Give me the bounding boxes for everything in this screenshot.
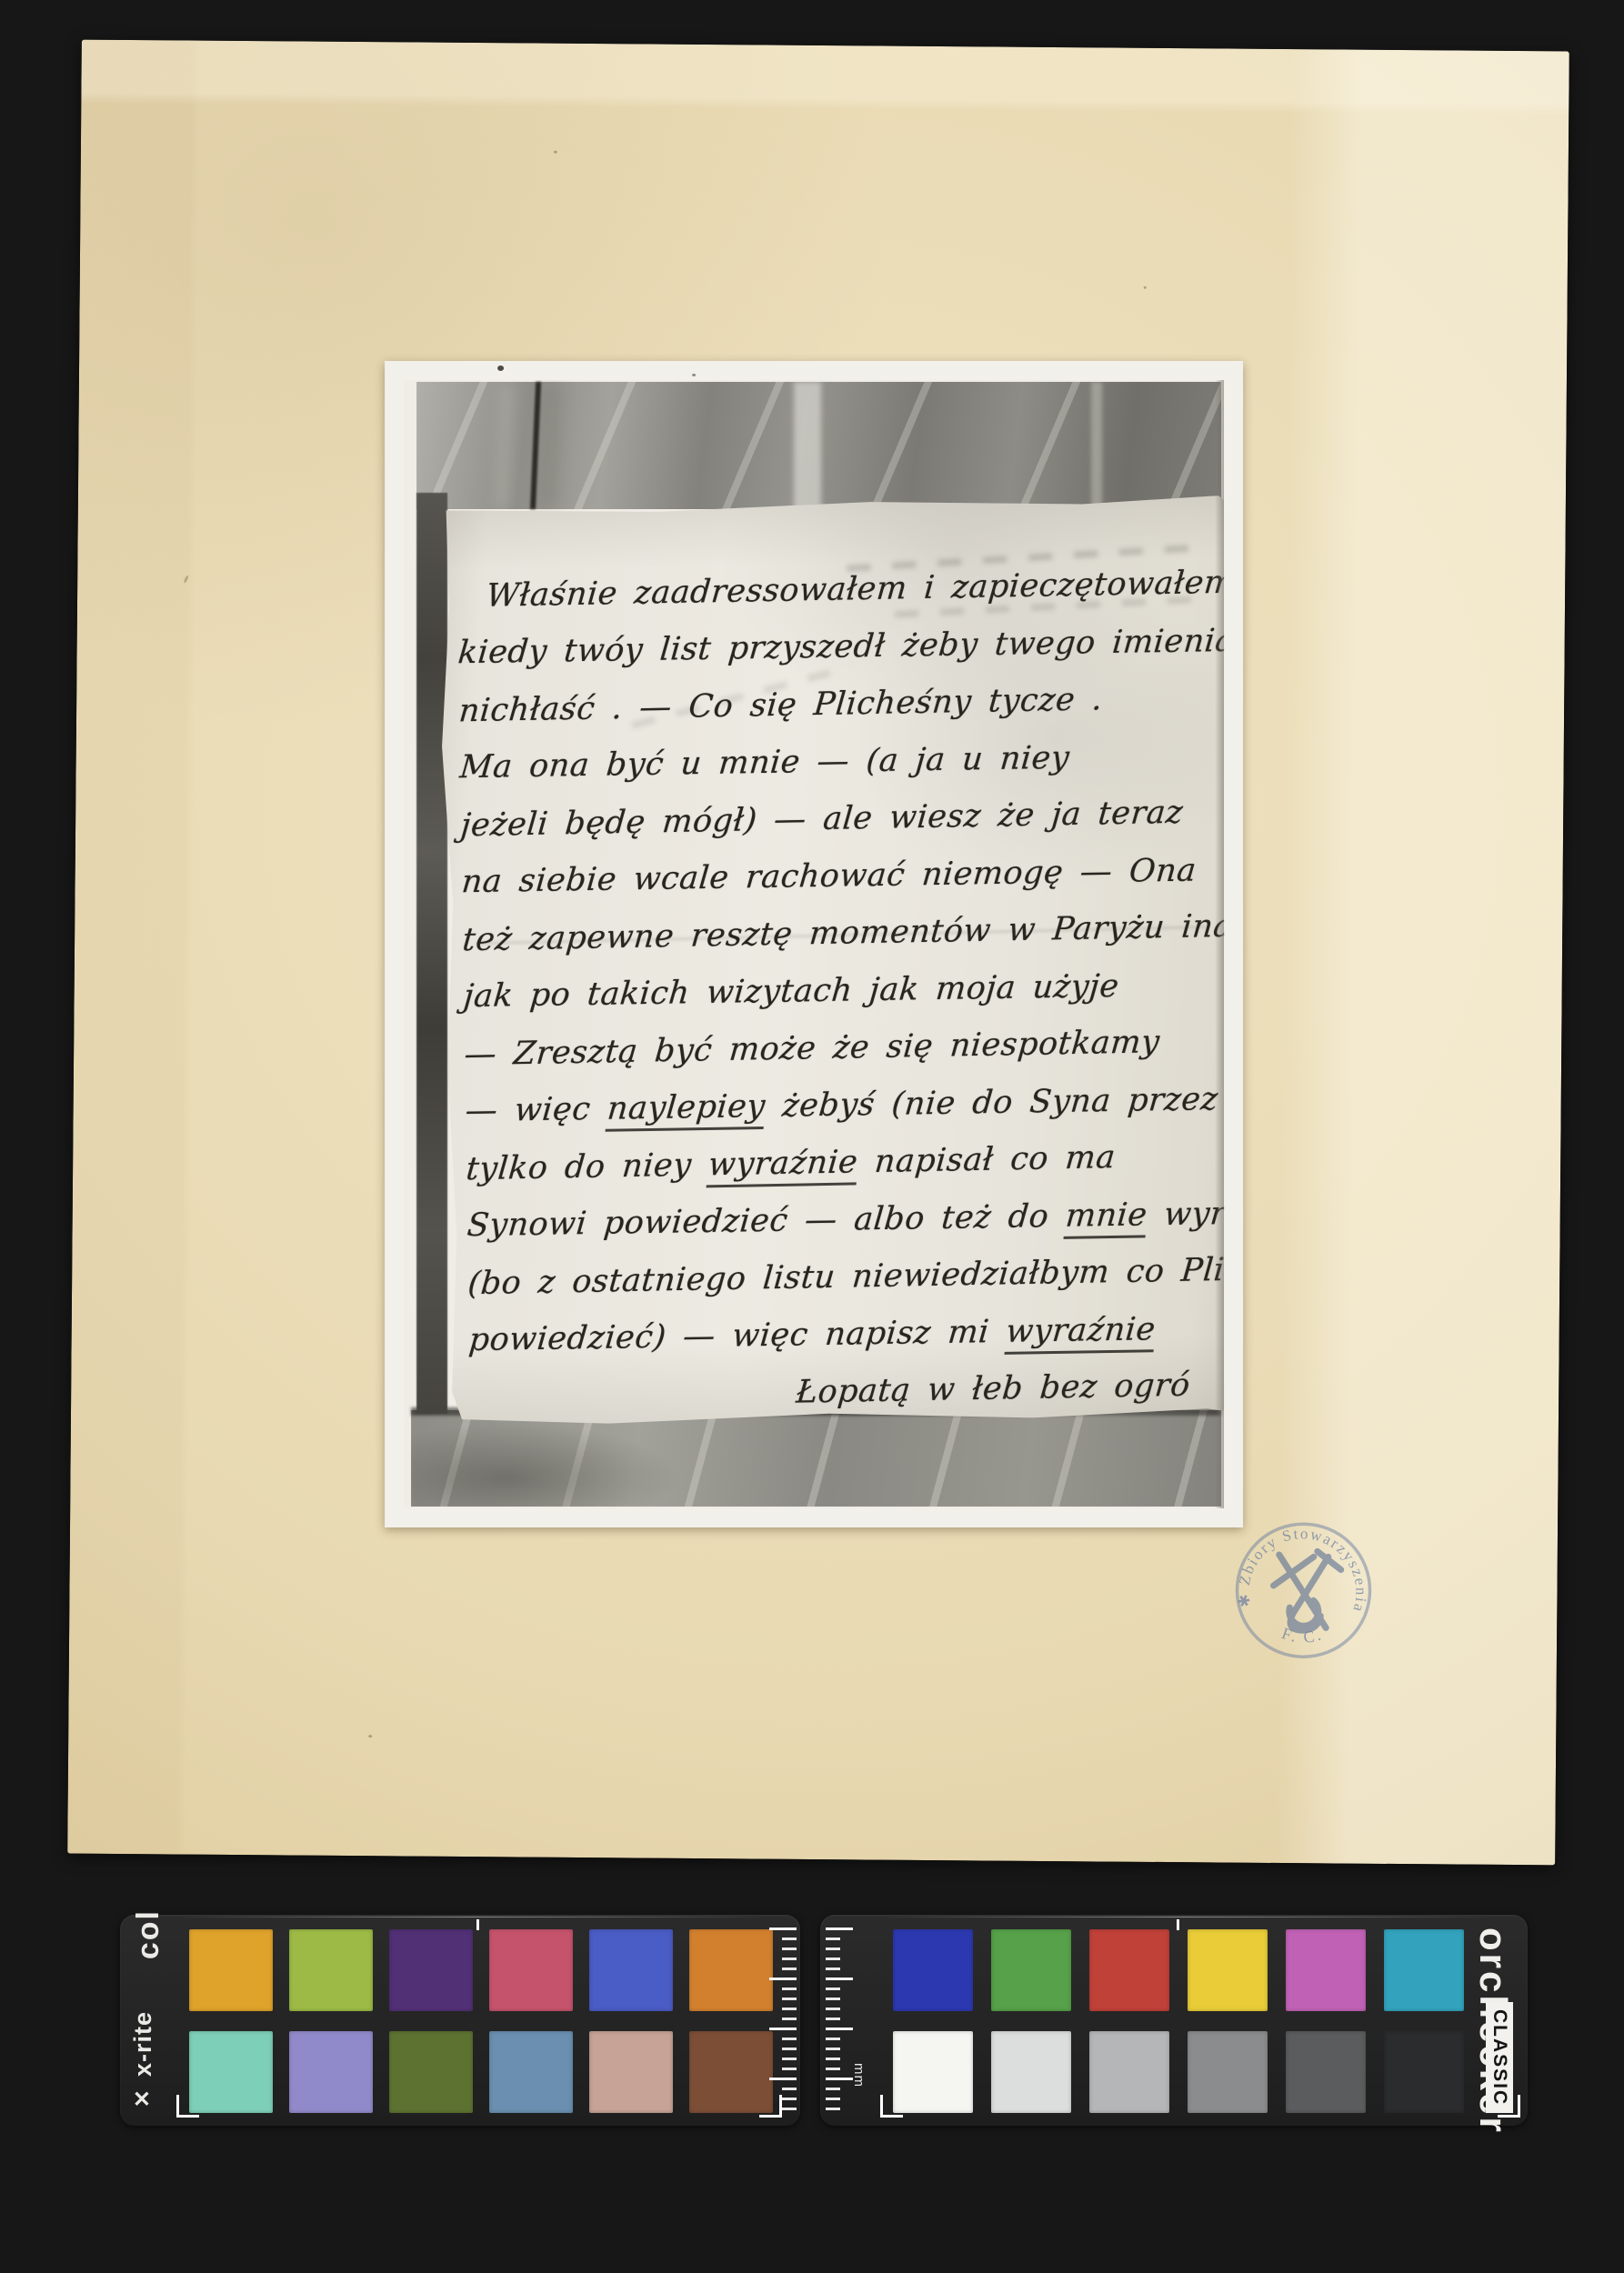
patch-purple [389,1929,473,2011]
patch-magenta [1286,1929,1366,2011]
letter-text-segment: napisał co ma [857,1139,1118,1180]
letter-text-segment: powiedzieć) — więc napisz mi [467,1314,1007,1358]
letter-sheet: Właśnie zaadressowałem i zapieczętowałem… [436,495,1224,1428]
colorchecker-left-strip: col ✕ x-rite [120,1915,800,2126]
underlined-word: mnie [1064,1197,1149,1238]
paper-highlight [1091,382,1102,509]
patch-grid [189,1929,773,2113]
letter-text-segment: żebyś (nie do Syna przez nię [764,1080,1224,1125]
x-rite-logo-icon: ✕ [130,2085,155,2117]
crumpled-backing-bottom [411,1410,1221,1507]
underlined-word: naylepiey [606,1088,767,1132]
patch-neutral-5 [1188,2031,1268,2113]
mat-board: Właśnie zaadressowałem i zapieczętowałem… [67,40,1569,1866]
collection-stamp: ✱ Zbiory Stowarzyszenia I. F. C. ✱ [1231,1518,1376,1663]
crumpled-backing-top [416,382,1221,509]
registration-tick [476,1919,479,1930]
ruler-unit-label: mm [851,2063,867,2088]
patch-foliage [389,2031,473,2113]
paper-highlight [794,382,821,509]
underlined-word: wyraźnie [1004,1311,1157,1355]
registration-corner-mark [176,2095,199,2118]
x-rite-brand: ✕ x-rite [129,2011,157,2117]
registration-corner-mark [759,2095,782,2118]
frame-edge-shadow [1215,380,1224,1508]
letter-text-segment: Właśnie zaadressowałem i zapieczętowałem [485,565,1224,615]
dust-speck [554,151,557,154]
patch-blue-sky [489,2031,573,2113]
patch-yellow [1188,1929,1268,2011]
patch-orange [689,1929,773,2011]
patch-purplish-blue [589,1929,673,2011]
torn-edge-shadow [416,493,447,1414]
colorchecker-edge-label: col [131,1909,166,1959]
registration-corner-mark [880,2095,903,2118]
letter-text-segment: wyra [1146,1196,1224,1234]
colorchecker-right-strip: mm orchecker CLASSIC [820,1915,1528,2126]
patch-red [1089,1929,1169,2011]
underlined-word: wyraźnie [707,1144,859,1187]
scanned-archive-photo: Właśnie zaadressowałem i zapieczętowałem… [0,0,1624,2273]
patch-orange-yellow [189,1929,273,2011]
patch-yellow-green [289,1929,373,2011]
mm-ruler [766,1928,797,2113]
x-rite-brand-label: x-rite [129,2011,156,2077]
dust-speck [1144,286,1147,289]
patch-grid [893,1929,1464,2113]
patch-white [893,2031,973,2113]
patch-neutral-3-5 [1286,2031,1366,2113]
dust-speck [368,1735,372,1737]
fiber-mark [183,575,189,583]
patch-moderate-red [489,1929,573,2011]
dust-speck [692,374,696,376]
patch-neutral-8 [991,2031,1071,2113]
photo-emulsion: Właśnie zaadressowałem i zapieczętowałem… [404,380,1224,1508]
patch-blue-flower [289,2031,373,2113]
patch-blue [893,1929,973,2011]
patch-green [991,1929,1071,2011]
stamp-monogram [1273,1551,1341,1631]
photo-print: Właśnie zaadressowałem i zapieczętowałem… [385,361,1243,1527]
patch-bluish-green [189,2031,273,2113]
patch-black [1384,2031,1464,2113]
registration-corner-mark [1498,2095,1520,2118]
patch-neutral-6-5 [1089,2031,1169,2113]
patch-cyan [1384,1929,1464,2011]
registration-tick [1177,1919,1179,1930]
letter-text-segment: tylko do niey [465,1147,710,1187]
dust-speck [497,365,504,371]
letter-text-segment: — więc [464,1091,609,1130]
paper-crease [530,382,541,509]
letter-text-segment: Łopatą w łeb bez ogró [795,1367,1191,1411]
letter-text: Właśnie zaadressowałem i zapieczętowałem… [456,566,1224,1437]
patch-light-skin [589,2031,673,2113]
